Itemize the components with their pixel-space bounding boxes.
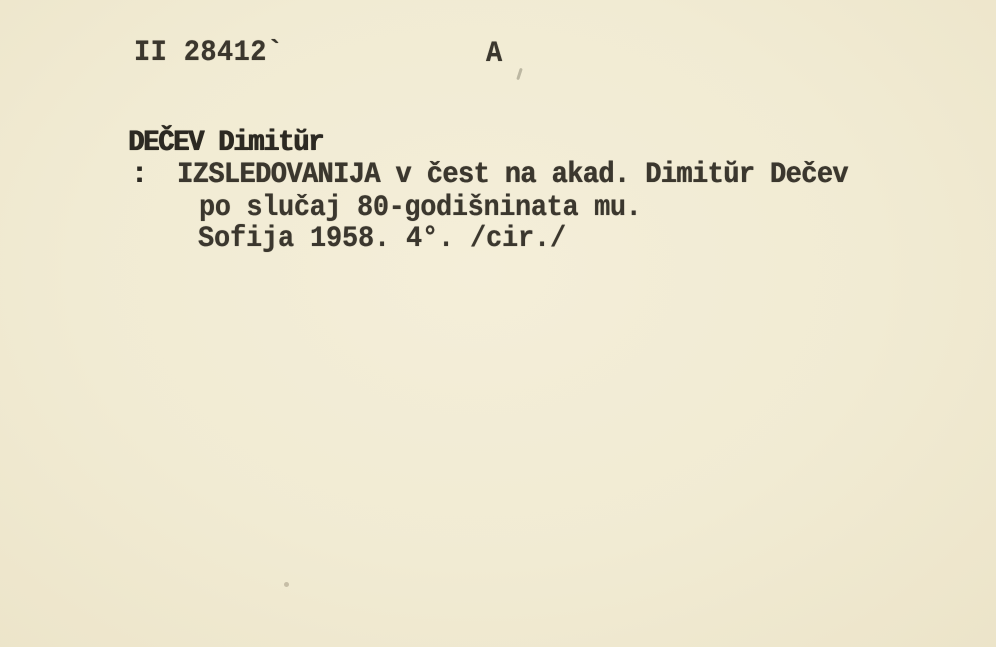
imprint-line: Sofija 1958. 4°. /cir./ <box>198 222 566 257</box>
call-number: II 28412` <box>134 36 283 71</box>
catalog-card: II 28412` A DEČEV Dimitŭr : IZSLEDOVANIJ… <box>0 0 996 647</box>
main-entry-heading: DEČEV Dimitŭr <box>128 126 323 161</box>
edition-statement-line: po slučaj 80-godišninata mu. <box>199 191 641 226</box>
section-letter: A <box>486 37 502 72</box>
entry-marker: : <box>131 158 147 193</box>
title-line: IZSLEDOVANIJA v čest na akad. Dimitŭr De… <box>177 158 848 193</box>
stray-ink-mark <box>516 68 523 80</box>
paper-speck <box>284 582 289 587</box>
